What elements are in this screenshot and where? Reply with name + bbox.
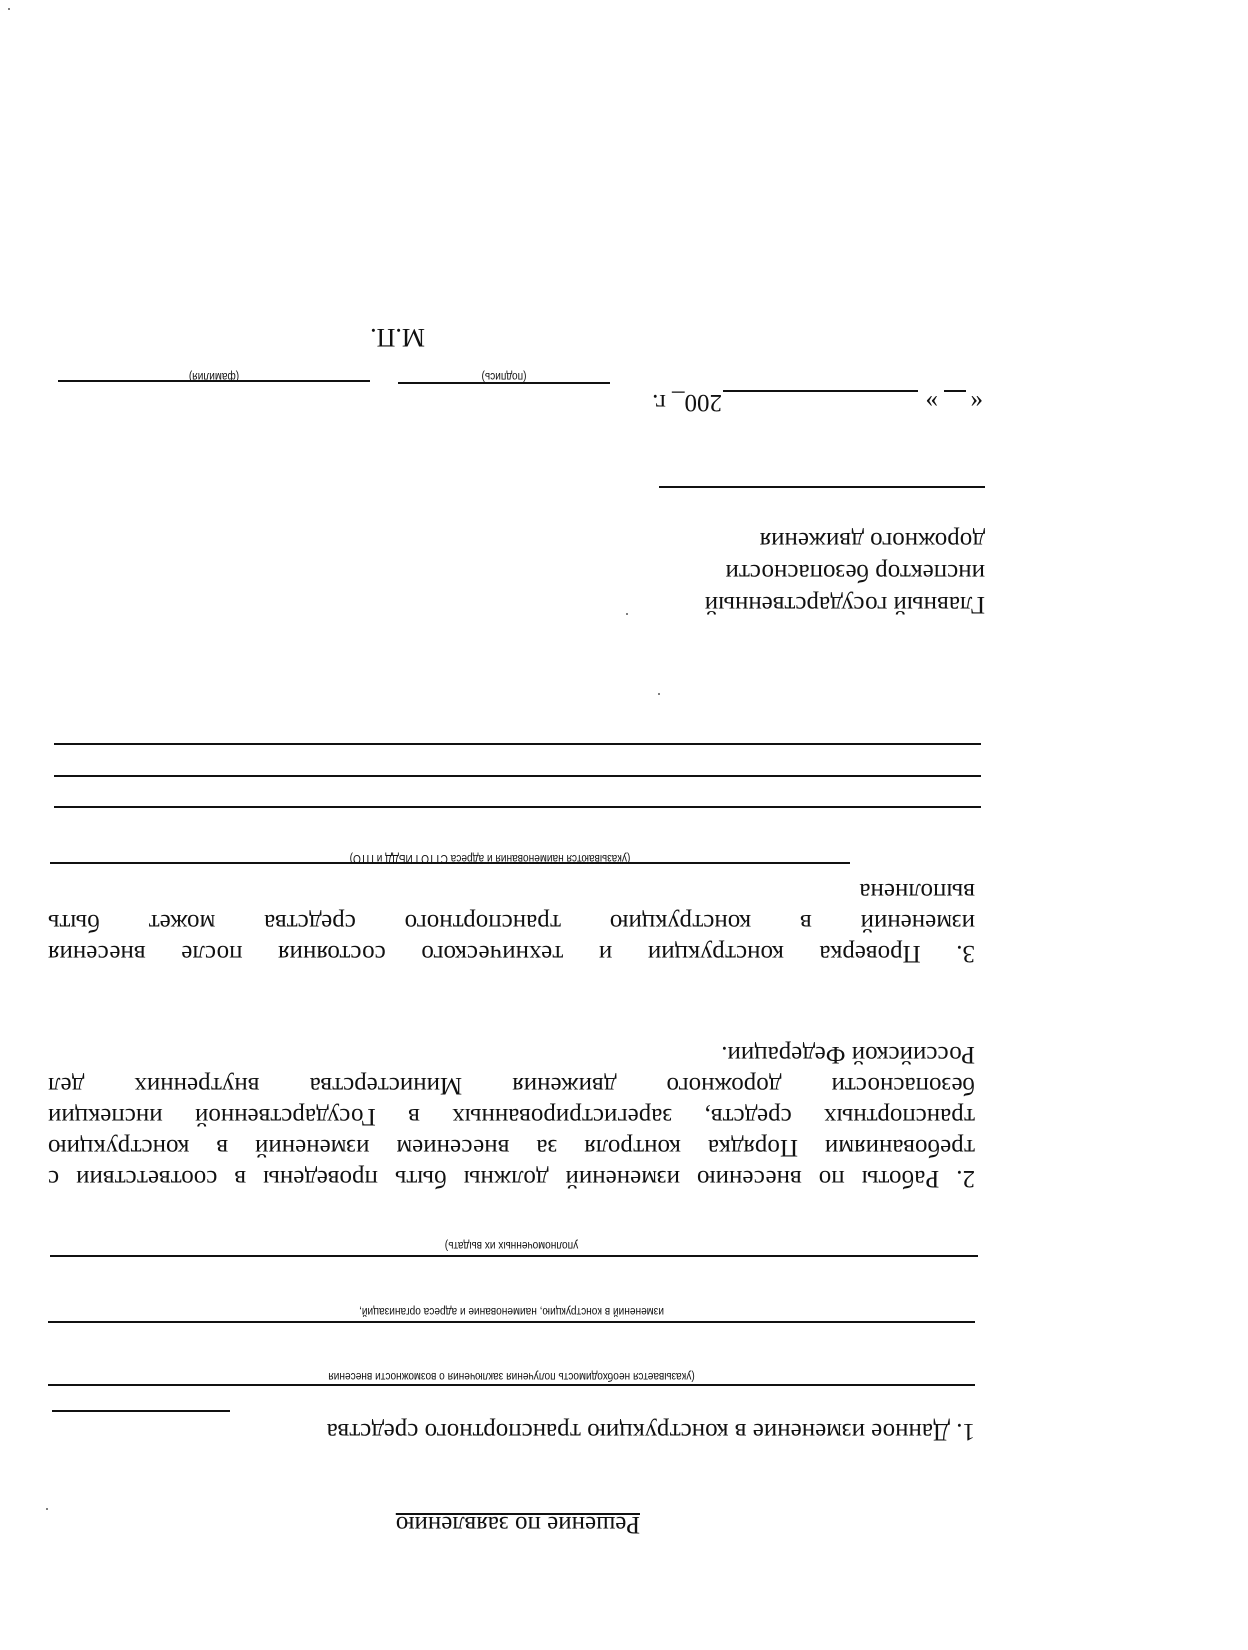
item1-fill-line-4 <box>50 1255 978 1257</box>
item3-line-2: изменений в конструкцию транспортного ср… <box>48 907 975 938</box>
item2-line-2: требованиями Порядка контроля за внесени… <box>48 1132 975 1163</box>
date-open-quote: « <box>971 387 984 418</box>
item3-paragraph: 3. Проверка конструкции и технического с… <box>48 876 975 969</box>
item1-caption-2: изменений в конструкцию, наименование и … <box>104 1305 920 1317</box>
item2-line-5: Российской Федерации. <box>48 1039 975 1070</box>
item2-line-4: безопасности дорожного движения Министер… <box>48 1070 975 1101</box>
item1-caption-1: (указывается необходимость получения зак… <box>104 1370 920 1382</box>
inspector-title-line-1: Главный государственный <box>705 588 985 620</box>
item2-line-3: транспортных средств, зарегистрированных… <box>48 1101 975 1132</box>
inspector-name-line <box>659 486 985 488</box>
date-day-line <box>944 390 966 392</box>
scan-speck <box>658 693 660 695</box>
signature-caption: (подпись) <box>411 370 598 382</box>
item1-fill-line-2 <box>48 1384 975 1386</box>
inspector-title-line-2: инспектор безопасности <box>705 556 985 588</box>
inspector-title: Главный государственный инспектор безопа… <box>705 524 985 620</box>
scan-speck <box>626 613 628 615</box>
item1-caption-3: уполномоченных их выдать) <box>104 1239 920 1251</box>
item1-fill-line <box>52 1410 230 1412</box>
date-year: 200_ г. <box>652 387 722 418</box>
signature-line <box>398 382 610 384</box>
scan-speck <box>46 1508 48 1510</box>
surname-caption: (фамилия) <box>77 370 352 382</box>
item1-fill-line-3 <box>48 1321 975 1323</box>
scanned-document-page: Решение по заявлению 1. Данное изменение… <box>0 0 1248 1650</box>
blank-line-1 <box>54 806 981 808</box>
stamp-place-label: М.П. <box>370 322 425 352</box>
document-title: Решение по заявлению <box>396 1510 640 1538</box>
item1-text: 1. Данное изменение в конструкцию трансп… <box>327 1416 975 1447</box>
item2-line-1: 2. Работы по внесению изменений должны б… <box>48 1163 975 1194</box>
date-close-quote: » <box>926 387 939 418</box>
blank-line-3 <box>54 743 981 745</box>
date-month-line <box>723 390 918 392</box>
item2-paragraph: 2. Работы по внесению изменений должны б… <box>48 1039 975 1194</box>
blank-line-2 <box>54 775 981 777</box>
item3-line-3: выполнена <box>48 876 975 907</box>
item3-line-1: 3. Проверка конструкции и технического с… <box>48 938 975 969</box>
inspector-title-line-3: дорожного движения <box>705 524 985 556</box>
item3-caption: (указываются наименования и адреса СТТО … <box>173 852 807 864</box>
scan-speck <box>8 8 10 10</box>
